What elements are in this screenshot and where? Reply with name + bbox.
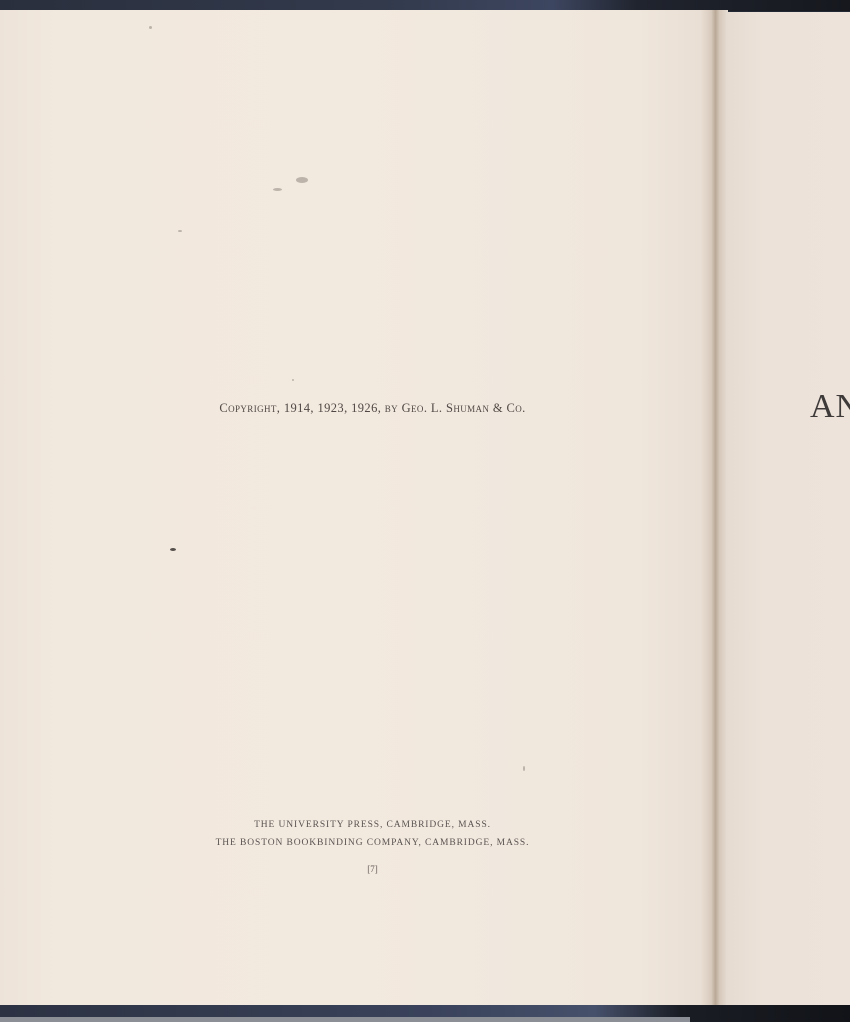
paper-speck bbox=[523, 766, 525, 771]
book-scan: Copyright, 1914, 1923, 1926, by Geo. L. … bbox=[0, 0, 850, 1022]
scanner-bed-edge bbox=[0, 1017, 690, 1022]
right-page bbox=[726, 12, 850, 1008]
paper-speck bbox=[178, 230, 182, 232]
binder-imprint: THE BOSTON BOOKBINDING COMPANY, CAMBRIDG… bbox=[0, 838, 745, 848]
paper-speck bbox=[296, 177, 308, 183]
book-gutter bbox=[700, 10, 728, 1010]
right-page-title-fragment: AN bbox=[810, 388, 850, 426]
paper-speck bbox=[149, 26, 152, 29]
left-page bbox=[0, 10, 708, 1006]
copyright-notice: Copyright, 1914, 1923, 1926, by Geo. L. … bbox=[0, 401, 745, 416]
paper-speck bbox=[170, 548, 176, 551]
printer-imprint: THE UNIVERSITY PRESS, CAMBRIDGE, MASS. bbox=[0, 820, 745, 830]
paper-speck bbox=[273, 188, 282, 191]
paper-speck bbox=[292, 379, 294, 381]
page-number: [7] bbox=[0, 864, 745, 874]
